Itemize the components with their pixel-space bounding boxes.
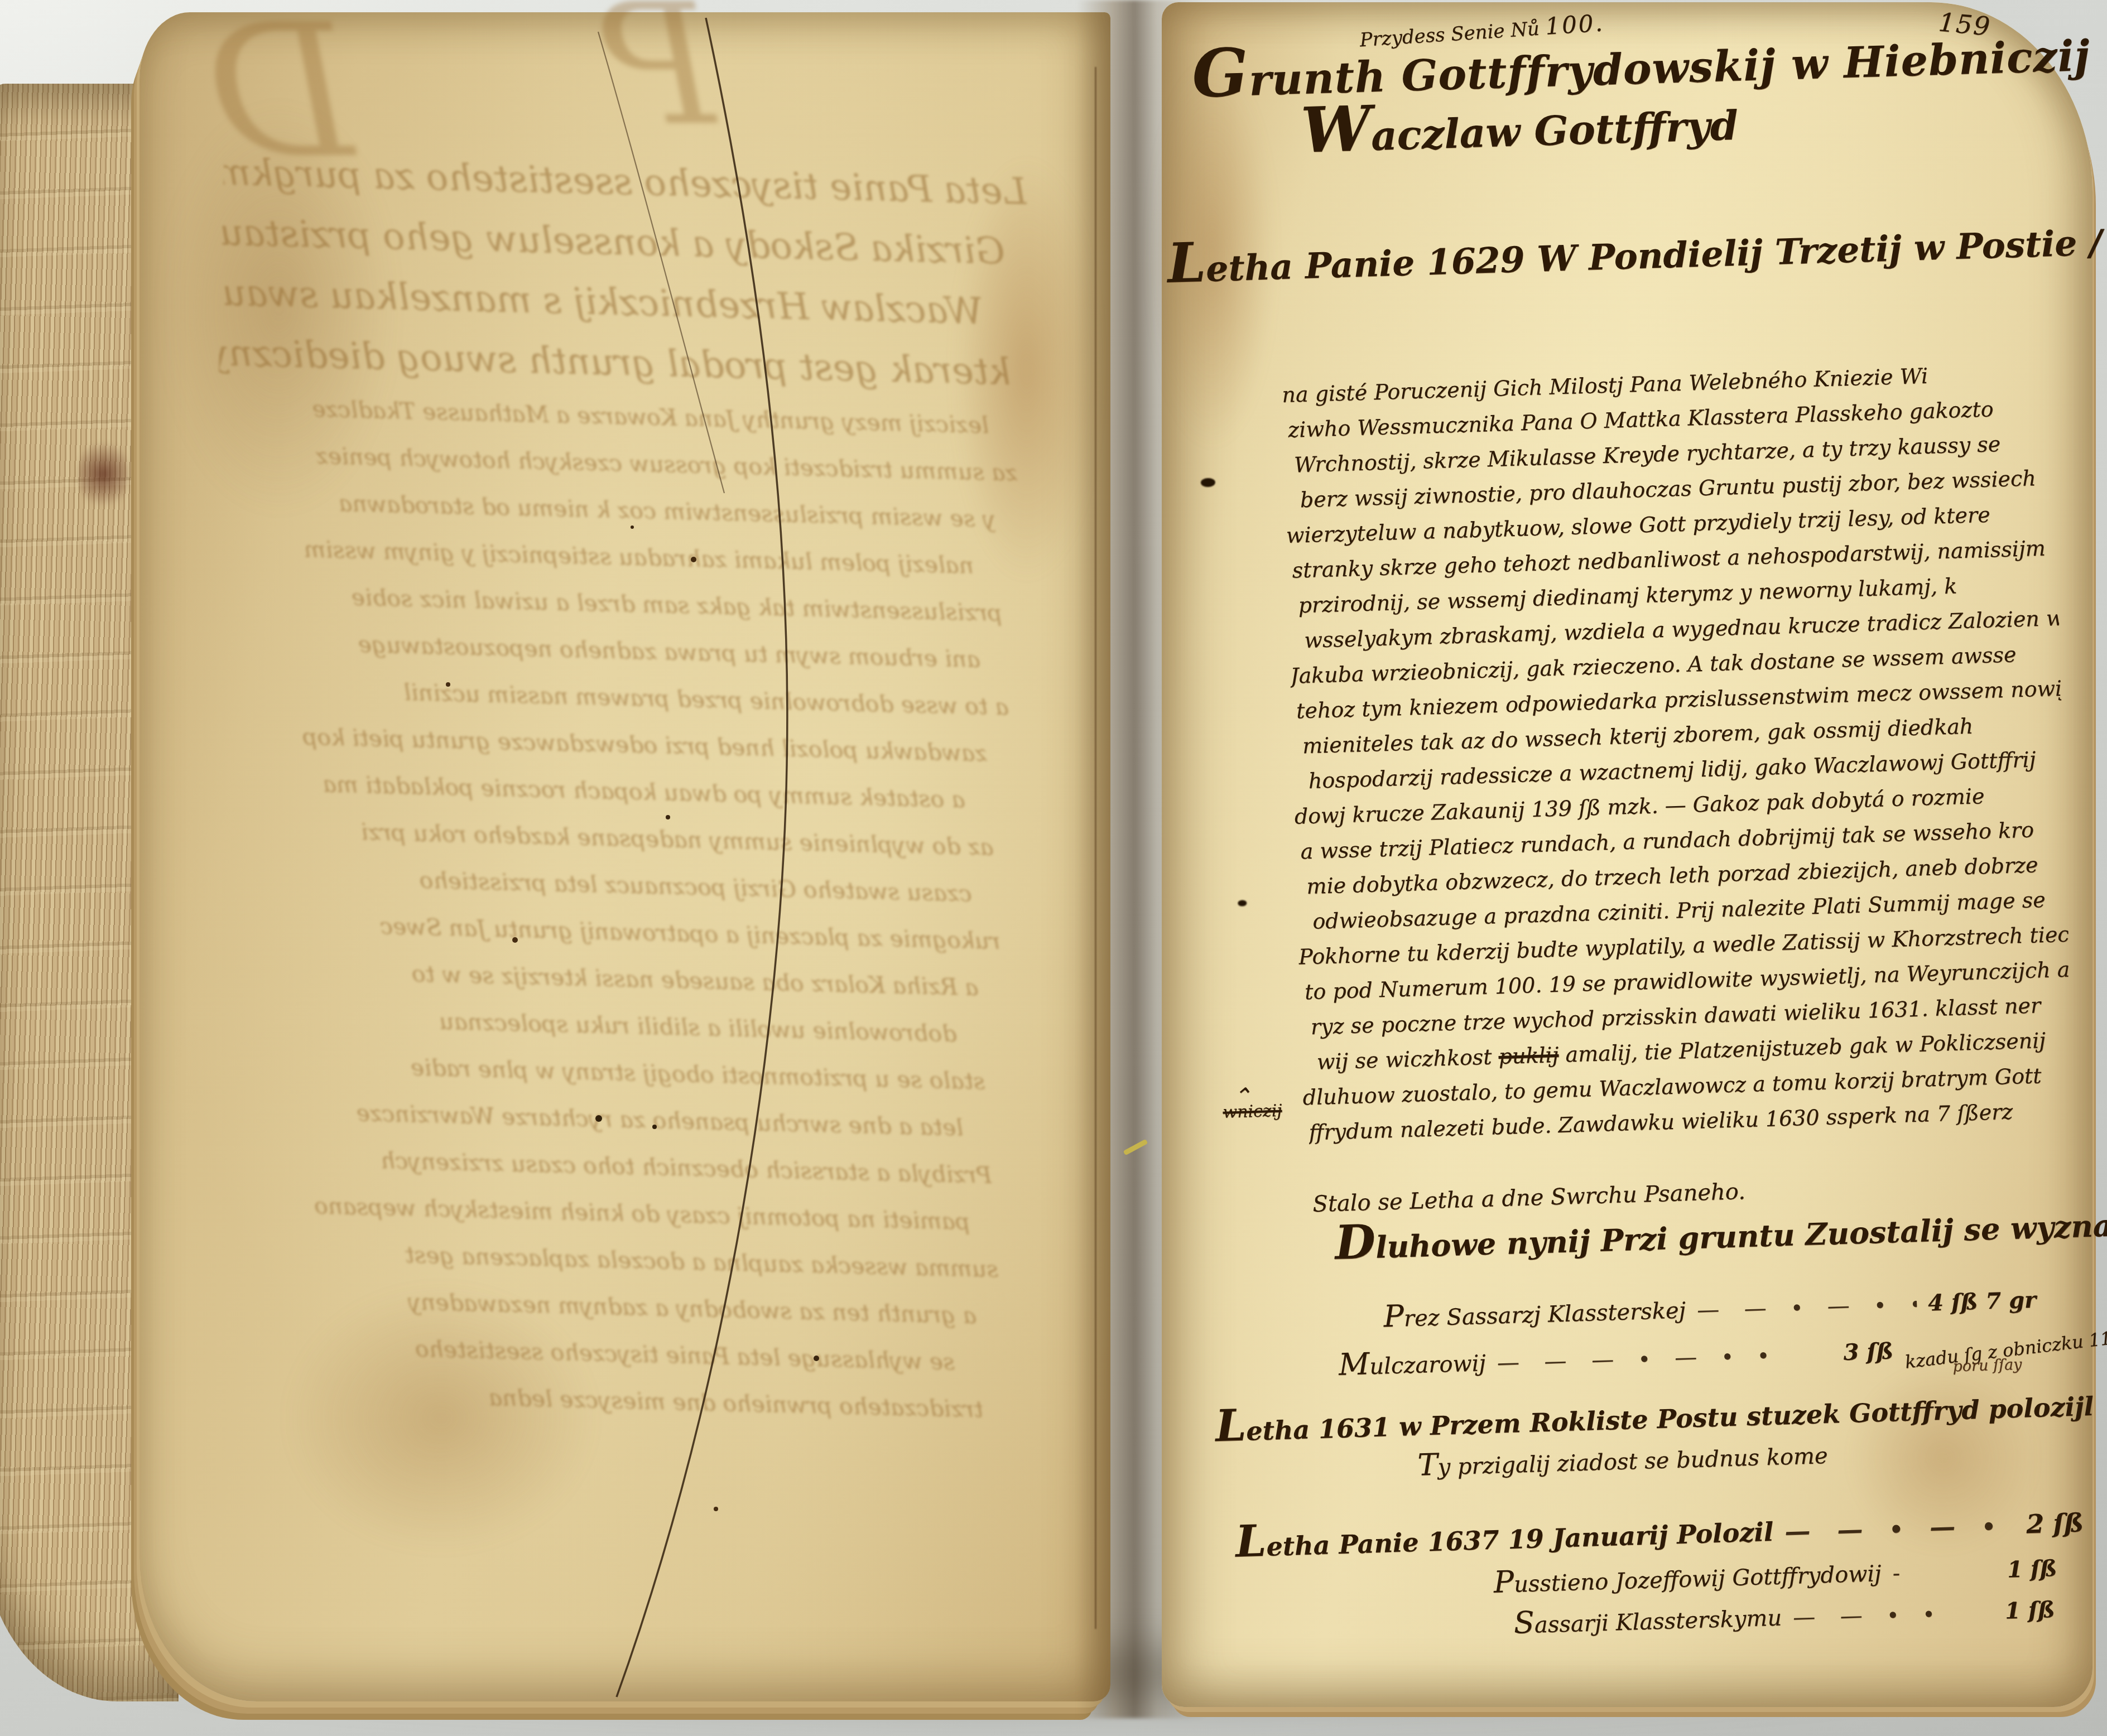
account-amount: 1 ſß (2005, 1597, 2056, 1624)
fore-edge-stain (78, 435, 128, 513)
dotted-leader: — — ∙ ∙ (1792, 1599, 1994, 1631)
right-page: Przydess Senie Nů 100. 159 Grunth Gottff… (1162, 2, 2092, 1707)
account-sub-note: poru ſſay (1952, 1356, 2022, 1375)
account-label: Mulczarowij (1338, 1343, 1487, 1382)
right-page-text: Przydess Senie Nů 100. 159 Grunth Gottff… (1158, 0, 2107, 1721)
dotted-leader: - (1892, 1557, 1997, 1586)
dotted-leader: — — — (2104, 1391, 2105, 1421)
account-label: Prez Sassarzj Klassterskej (1383, 1290, 1686, 1334)
account-entries: Prez Sassarzj Klassterskej— — ∙ — ∙ ∙4 ſ… (1158, 0, 2107, 1721)
manuscript-photo: D P Leta Panie tisyczeho ssestisteho za … (0, 0, 2107, 1736)
gutter-fold-line (1095, 67, 1096, 1629)
account-row: Sassarji Klassterskymu— — ∙ ∙1 ſß (1513, 1589, 2055, 1641)
paper-crack-lines (139, 12, 1110, 1701)
dotted-leader: — — ∙ — ∙ (1784, 1510, 2015, 1546)
account-amount: 1 ſß (2007, 1555, 2057, 1583)
account-amount: 2 ſß (2026, 1507, 2084, 1539)
account-label: Pusstieno Jozeffowij Gottffrydowij (1493, 1553, 1882, 1600)
account-label: Letha Panie 1637 19 Januarij Polozil (1235, 1501, 1774, 1568)
account-amount: 4 ſß 7 gr (1927, 1287, 2036, 1317)
dotted-leader: — — ∙ — ∙ ∙ (1696, 1291, 1917, 1323)
left-page: D P Leta Panie tisyczeho ssestisteho za … (139, 12, 1110, 1701)
dotted-leader: — — — ∙ — ∙ ∙ (1497, 1340, 1832, 1376)
account-amount: 3 ſß (1843, 1338, 1894, 1366)
account-row: Prez Sassarzj Klassterskej— — ∙ — ∙ ∙4 ſ… (1383, 1280, 2036, 1334)
account-label: Sassarji Klassterskymu (1513, 1597, 1782, 1640)
